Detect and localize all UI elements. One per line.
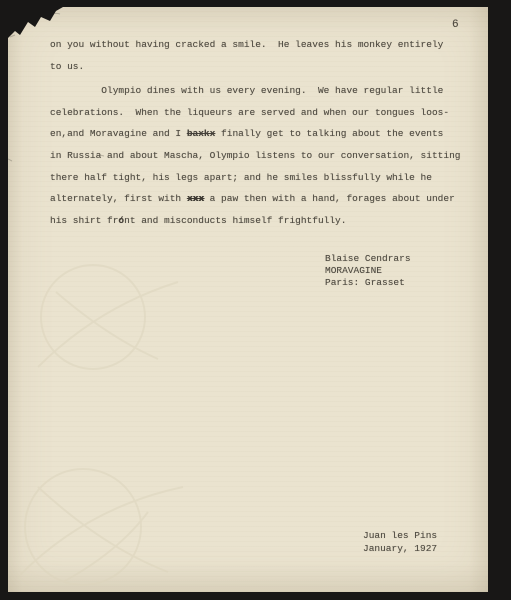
body-line: en,and Moravagine and I baxkx finally ge… bbox=[50, 123, 480, 145]
body-line: to us. bbox=[50, 56, 480, 78]
body-text: on you without having cracked a smile. H… bbox=[50, 34, 480, 231]
citation-block: Blaise Cendrars MORAVAGINE Paris: Grasse… bbox=[325, 253, 411, 289]
body-line: there half tight, his legs apart; and he… bbox=[50, 167, 480, 189]
document-page: 6 on you without having cracked a smile.… bbox=[8, 7, 488, 592]
body-line: Olympio dines with us every evening. We … bbox=[50, 80, 480, 102]
body-line: celebrations. When the liqueurs are serv… bbox=[50, 102, 480, 124]
body-line: on you without having cracked a smile. H… bbox=[50, 34, 480, 56]
body-line-segment: alternately, first with bbox=[50, 193, 187, 204]
struck-word: baxkx bbox=[187, 128, 216, 139]
body-line-segment: a paw then with a hand, forages about un… bbox=[204, 193, 455, 204]
page-number: 6 bbox=[452, 19, 459, 31]
body-line-segment: finally get to talking about the events bbox=[215, 128, 443, 139]
colophon-place: Juan les Pins bbox=[363, 529, 437, 542]
body-line: in Russia and about Mascha, Olympio list… bbox=[50, 145, 480, 167]
body-line-segment: nt and misconducts himself frightfully. bbox=[124, 215, 346, 226]
citation-title: MORAVAGINE bbox=[325, 265, 411, 277]
body-line: his shirt front and misconducts himself … bbox=[50, 210, 480, 232]
overstruck-letter: o bbox=[118, 215, 124, 226]
body-line-segment: his shirt fr bbox=[50, 215, 118, 226]
colophon-block: Juan les Pins January, 1927 bbox=[363, 529, 437, 555]
citation-author: Blaise Cendrars bbox=[325, 253, 411, 265]
struck-word: xxx bbox=[187, 193, 204, 204]
citation-publisher: Paris: Grasset bbox=[325, 277, 411, 289]
scan-background: 6 on you without having cracked a smile.… bbox=[0, 0, 511, 600]
body-line: alternately, first with xxx a paw then w… bbox=[50, 188, 480, 210]
body-line-segment: en,and Moravagine and I bbox=[50, 128, 187, 139]
colophon-date: January, 1927 bbox=[363, 542, 437, 555]
